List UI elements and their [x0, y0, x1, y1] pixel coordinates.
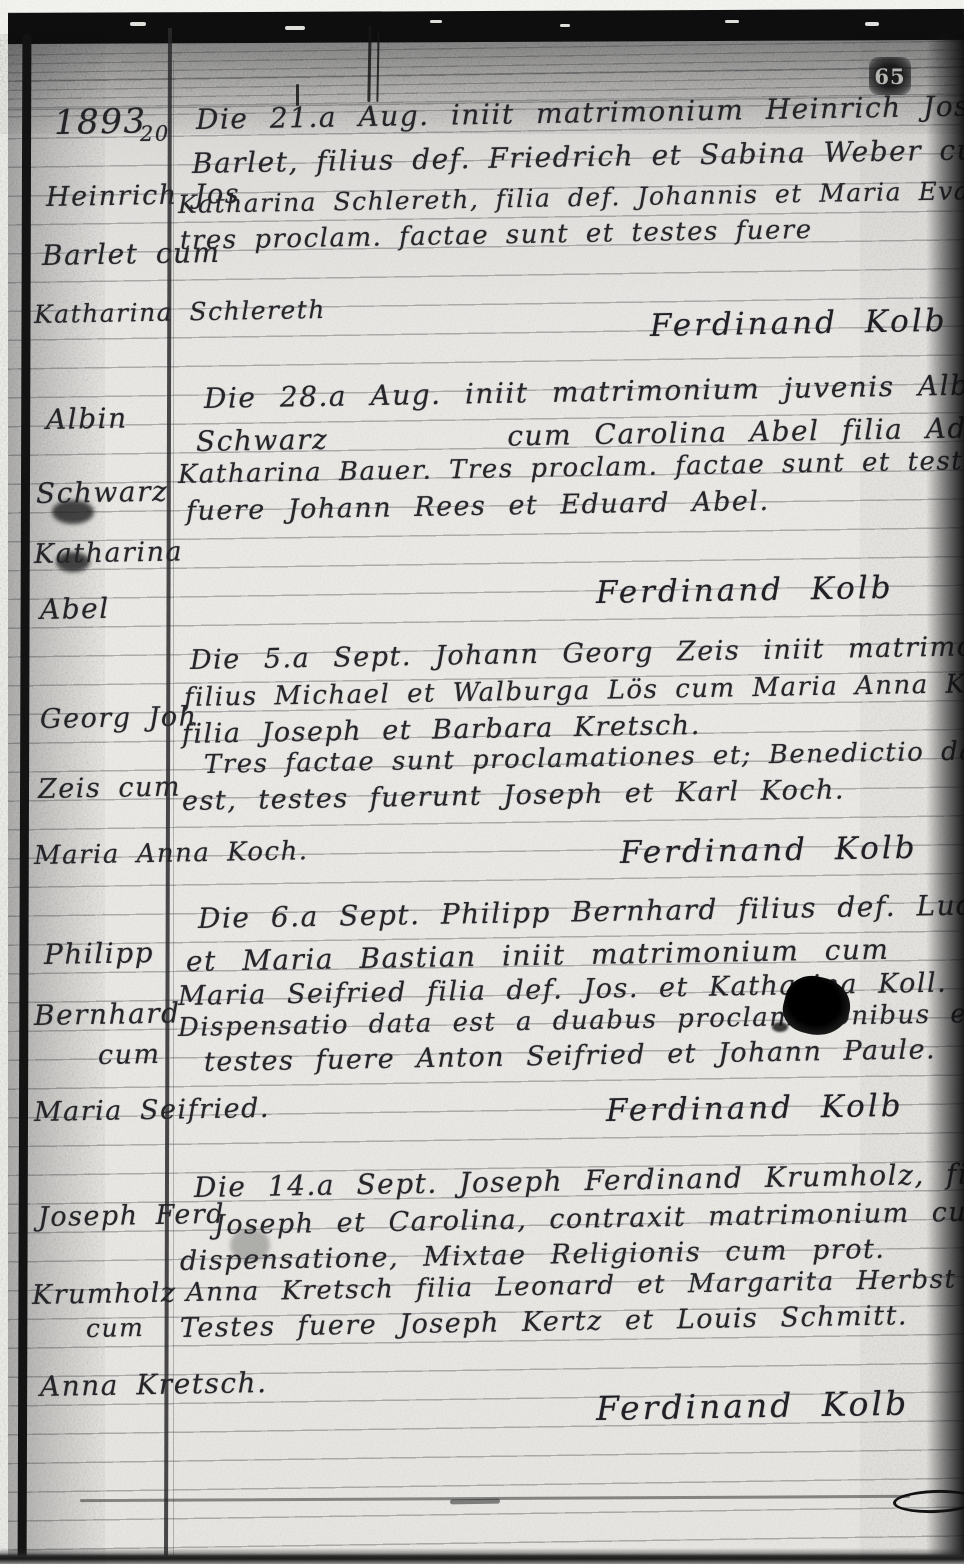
- margin-name: cum: [86, 1314, 145, 1344]
- scan-speck: [865, 22, 879, 26]
- margin-name: Zeis cum: [38, 772, 181, 806]
- register-page: 65 1893 20 Heinrich Jos Barlet cum Katha…: [0, 0, 964, 1564]
- margin-name: Katharina: [34, 536, 184, 570]
- margin-name: Schwarz: [36, 476, 169, 510]
- pen-smudge: [450, 1499, 500, 1505]
- margin-name: Georg Joh: [40, 701, 198, 735]
- year-label: 1893: [54, 102, 147, 143]
- margin-name: Albin: [46, 403, 128, 437]
- margin-name: Krumholz: [32, 1277, 177, 1311]
- priest-signature: Ferdinand Kolb: [620, 831, 918, 872]
- margin-name: Bernhard: [34, 997, 181, 1032]
- right-scan-band: [926, 34, 964, 1564]
- page-number: 65: [874, 64, 905, 89]
- scan-speck: [430, 20, 442, 23]
- margin-name: Anna Kretsch.: [40, 1367, 268, 1403]
- margin-name: Maria Seifried.: [34, 1093, 270, 1128]
- margin-name: Abel: [40, 593, 110, 626]
- ink-blot-tail: [772, 1022, 788, 1032]
- page-number-stamp: 65: [869, 57, 911, 95]
- bottom-scan-band: [0, 1548, 964, 1564]
- margin-name: Maria Anna Koch.: [34, 837, 309, 872]
- priest-signature: Ferdinand Kolb: [596, 571, 894, 612]
- priest-signature: Ferdinand Kolb: [650, 304, 948, 345]
- scan-speck: [725, 20, 739, 23]
- margin-name: Katharina Schlereth: [34, 296, 326, 330]
- margin-rule-line-faint: [173, 60, 174, 1560]
- left-page-edge: [0, 0, 8, 1564]
- margin-name: Philipp: [44, 937, 155, 971]
- priest-signature: Ferdinand Kolb: [606, 1089, 904, 1130]
- priest-signature: Ferdinand Kolb: [596, 1385, 910, 1428]
- top-scan-band: [0, 9, 964, 44]
- scan-speck: [130, 22, 146, 26]
- scan-speck: [560, 24, 570, 27]
- entry-number: 20: [140, 121, 170, 146]
- scan-speck: [285, 26, 305, 30]
- margin-name: cum: [98, 1039, 161, 1071]
